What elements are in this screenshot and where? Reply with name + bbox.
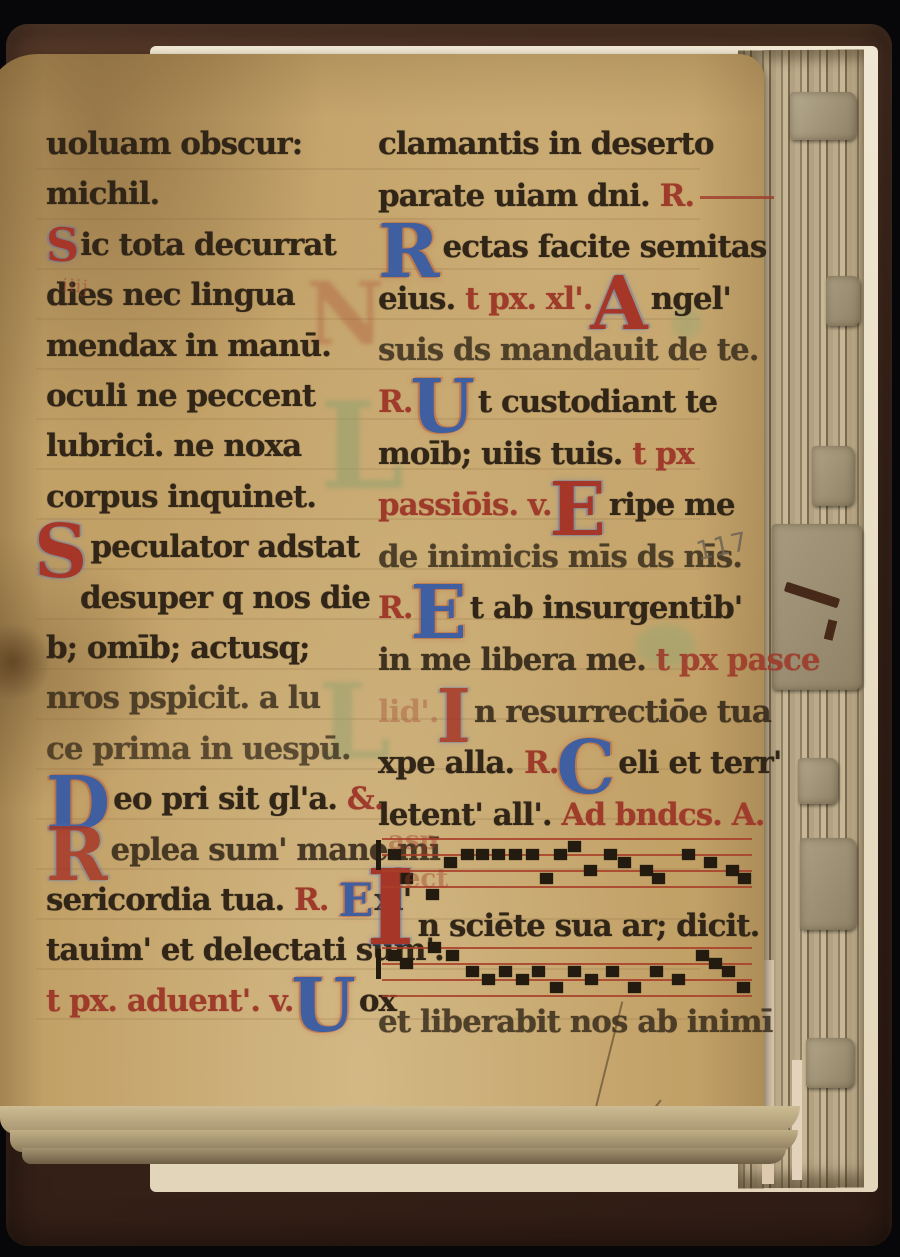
text-segment: Ad bndcs. A. — [561, 797, 764, 833]
text-segment: oculi ne peccent — [46, 378, 315, 414]
text-line: R. Ut custodiant te — [378, 382, 717, 422]
illuminated-initial: S — [34, 509, 86, 595]
music-note — [568, 841, 581, 852]
text-segment: peculator adstat — [90, 529, 359, 565]
margin-note: iiij — [61, 275, 89, 298]
music-note — [446, 950, 459, 961]
music-note — [400, 958, 413, 969]
text-line: passiōis. v. Eripe me — [378, 485, 735, 525]
text-segment: R. — [294, 882, 338, 918]
text-line: oculi ne peccent — [46, 376, 315, 416]
music-note — [652, 873, 665, 884]
music-note — [604, 849, 617, 860]
staff-line — [382, 979, 752, 981]
music-note — [466, 966, 479, 977]
faded-rubric: lect — [394, 864, 448, 894]
text-line: et liberabit nos ab inimī — [378, 1002, 772, 1042]
music-note — [516, 974, 529, 985]
text-line: R. Et ab insurgentib' — [378, 588, 742, 628]
music-note — [554, 849, 567, 860]
music-note — [476, 849, 489, 860]
text-line: xpe alla. R. Celi et terr' — [378, 743, 781, 783]
illuminated-initial: U — [291, 963, 355, 1049]
text-line: Speculator adstat — [46, 527, 359, 567]
text-segment: R. — [660, 178, 695, 214]
text-segment: desuper q nos die — [80, 580, 370, 616]
text-line: b; omīb; actusq; — [46, 628, 309, 668]
music-note — [540, 873, 553, 884]
folio-number: 117 — [693, 527, 751, 567]
text-segment: michil. — [46, 176, 159, 212]
music-note — [696, 950, 709, 961]
text-segment: in me libera me. — [378, 642, 656, 678]
text-segment: ic tota decurrat — [80, 227, 336, 263]
music-note — [585, 974, 598, 985]
text-line: nros pspicit. a lu — [46, 678, 320, 718]
parchment-tab — [812, 446, 854, 506]
text-segment: eius. — [378, 281, 465, 317]
text-segment: n sciēte sua ar; dicit. — [418, 908, 760, 944]
text-line: eius. t px. xl'. Angel' — [378, 279, 731, 319]
text-segment: t px. xl'. — [465, 281, 602, 317]
text-segment: n resurrectiōe tua — [474, 694, 771, 730]
music-note — [526, 849, 539, 860]
text-segment: corpus inquinet. — [46, 479, 316, 515]
text-segment: sericordia tua. — [46, 882, 294, 918]
text-line: clamantis in deserto — [378, 124, 714, 164]
text-line: lubrici. ne noxa — [46, 426, 301, 466]
manuscript-page: NLL uoluam obscur:michil.Sic tota decurr… — [0, 54, 764, 1120]
music-staff — [382, 947, 752, 997]
text-segment: t ab insurgentib' — [470, 590, 743, 626]
music-note — [482, 974, 495, 985]
text-segment: eli et terr' — [618, 745, 781, 781]
parchment-tab — [826, 276, 860, 326]
parchment-tab — [800, 838, 856, 930]
music-note — [584, 865, 597, 876]
tab-mark — [824, 619, 838, 641]
illuminated-initial: S — [46, 218, 78, 272]
music-note — [650, 966, 663, 977]
text-segment: nros pspicit. a lu — [46, 680, 320, 716]
text-line: desuper q nos die — [80, 578, 370, 618]
music-note — [672, 974, 685, 985]
clef-mark — [376, 949, 381, 979]
music-note — [532, 966, 545, 977]
tab-mark — [784, 582, 840, 609]
parchment-tab — [790, 92, 856, 140]
text-line: mendax in manū. — [46, 326, 331, 366]
music-note — [606, 966, 619, 977]
music-note — [737, 982, 750, 993]
music-note — [568, 966, 581, 977]
text-segment: eo pri sit gl'a. — [113, 781, 347, 817]
text-segment: lubrici. ne noxa — [46, 428, 301, 464]
parchment-tab — [806, 1038, 854, 1088]
staff-line — [382, 995, 752, 997]
manuscript-photo: NLL uoluam obscur:michil.Sic tota decurr… — [0, 0, 900, 1257]
text-segment: uoluam obscur: — [46, 126, 302, 162]
text-segment: t px pasce — [656, 642, 820, 678]
music-note — [682, 849, 695, 860]
text-segment: ngel' — [651, 281, 731, 317]
music-note — [509, 849, 522, 860]
page-curl-edge — [22, 1148, 786, 1164]
text-line: Sic tota decurrat — [46, 225, 336, 265]
text-segment: et liberabit nos ab inimī — [378, 1004, 772, 1040]
text-line: moīb; uiis tuis. t px — [378, 434, 693, 474]
music-note — [722, 966, 735, 977]
text-segment: mendax in manū. — [46, 328, 331, 364]
text-segment: ripe me — [609, 487, 735, 523]
music-note — [704, 857, 717, 868]
music-note — [428, 942, 441, 953]
staff-line — [382, 963, 752, 965]
text-line: sericordia tua. R. Exl' — [46, 880, 411, 920]
text-line: Rectas facite semitas — [390, 227, 766, 267]
faded-rubric: asp — [388, 826, 438, 856]
parchment-tab — [798, 758, 838, 804]
line-filler — [700, 196, 774, 199]
text-line: uoluam obscur: — [46, 124, 302, 164]
text-segment: xpe alla. — [378, 745, 524, 781]
text-segment: t px — [632, 436, 693, 472]
text-segment: clamantis in deserto — [378, 126, 714, 162]
text-line: michil. — [46, 174, 159, 214]
text-segment: b; omīb; actusq; — [46, 630, 309, 666]
text-segment: passiōis. v. — [378, 487, 561, 523]
music-note — [550, 982, 563, 993]
text-segment: suis ds mandauit de te. — [378, 332, 759, 368]
music-note — [461, 849, 474, 860]
music-note — [709, 958, 722, 969]
clef-mark — [376, 840, 381, 870]
music-note — [499, 966, 512, 977]
text-segment: t custodiant te — [478, 384, 717, 420]
music-note — [492, 849, 505, 860]
text-line: corpus inquinet. — [46, 477, 316, 517]
music-note — [628, 982, 641, 993]
music-note — [738, 873, 751, 884]
music-note — [618, 857, 631, 868]
text-segment: t px. aduent'. v. — [46, 983, 303, 1019]
text-segment: ectas facite semitas — [443, 229, 767, 265]
text-line: t px. aduent'. v. Uox — [46, 981, 396, 1021]
text-line: In sciēte sua ar; dicit. — [378, 900, 759, 946]
